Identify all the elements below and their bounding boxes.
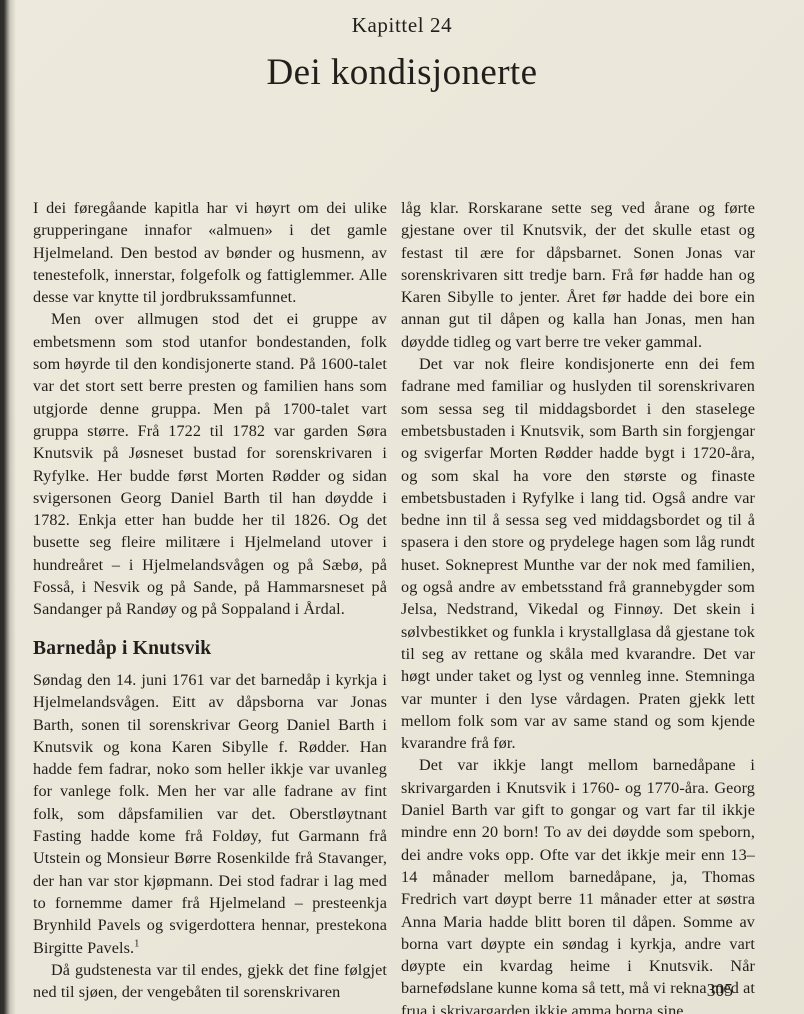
page-number: 305 <box>707 980 733 1001</box>
book-page: Kapittel 24 Dei kondisjonerte I dei føre… <box>0 0 804 1014</box>
paragraph: I dei føregåande kapitla har vi høyrt om… <box>33 197 387 308</box>
text-columns: I dei føregåande kapitla har vi høyrt om… <box>33 197 755 1014</box>
paragraph: Det var ikkje langt mellom barnedåpane i… <box>401 754 755 1014</box>
right-column: låg klar. Rorskarane sette seg ved årane… <box>401 197 755 1014</box>
paragraph: Søndag den 14. juni 1761 var det barnedå… <box>33 669 387 959</box>
paragraph: Då gudstenesta var til endes, gjekk det … <box>33 959 387 1004</box>
chapter-label: Kapittel 24 <box>0 0 804 38</box>
footnote-marker: 1 <box>134 938 139 949</box>
paragraph-text: Søndag den 14. juni 1761 var det barnedå… <box>33 671 387 957</box>
left-column: I dei føregåande kapitla har vi høyrt om… <box>33 197 387 1014</box>
page-binding-shadow <box>0 0 16 1014</box>
paragraph: låg klar. Rorskarane sette seg ved årane… <box>401 197 755 353</box>
section-heading: Barnedåp i Knutsvik <box>33 638 387 660</box>
paragraph: Men over allmugen stod det ei gruppe av … <box>33 308 387 620</box>
paragraph: Det var nok fleire kondisjonerte enn dei… <box>401 353 755 754</box>
chapter-title: Dei kondisjonerte <box>0 51 804 94</box>
